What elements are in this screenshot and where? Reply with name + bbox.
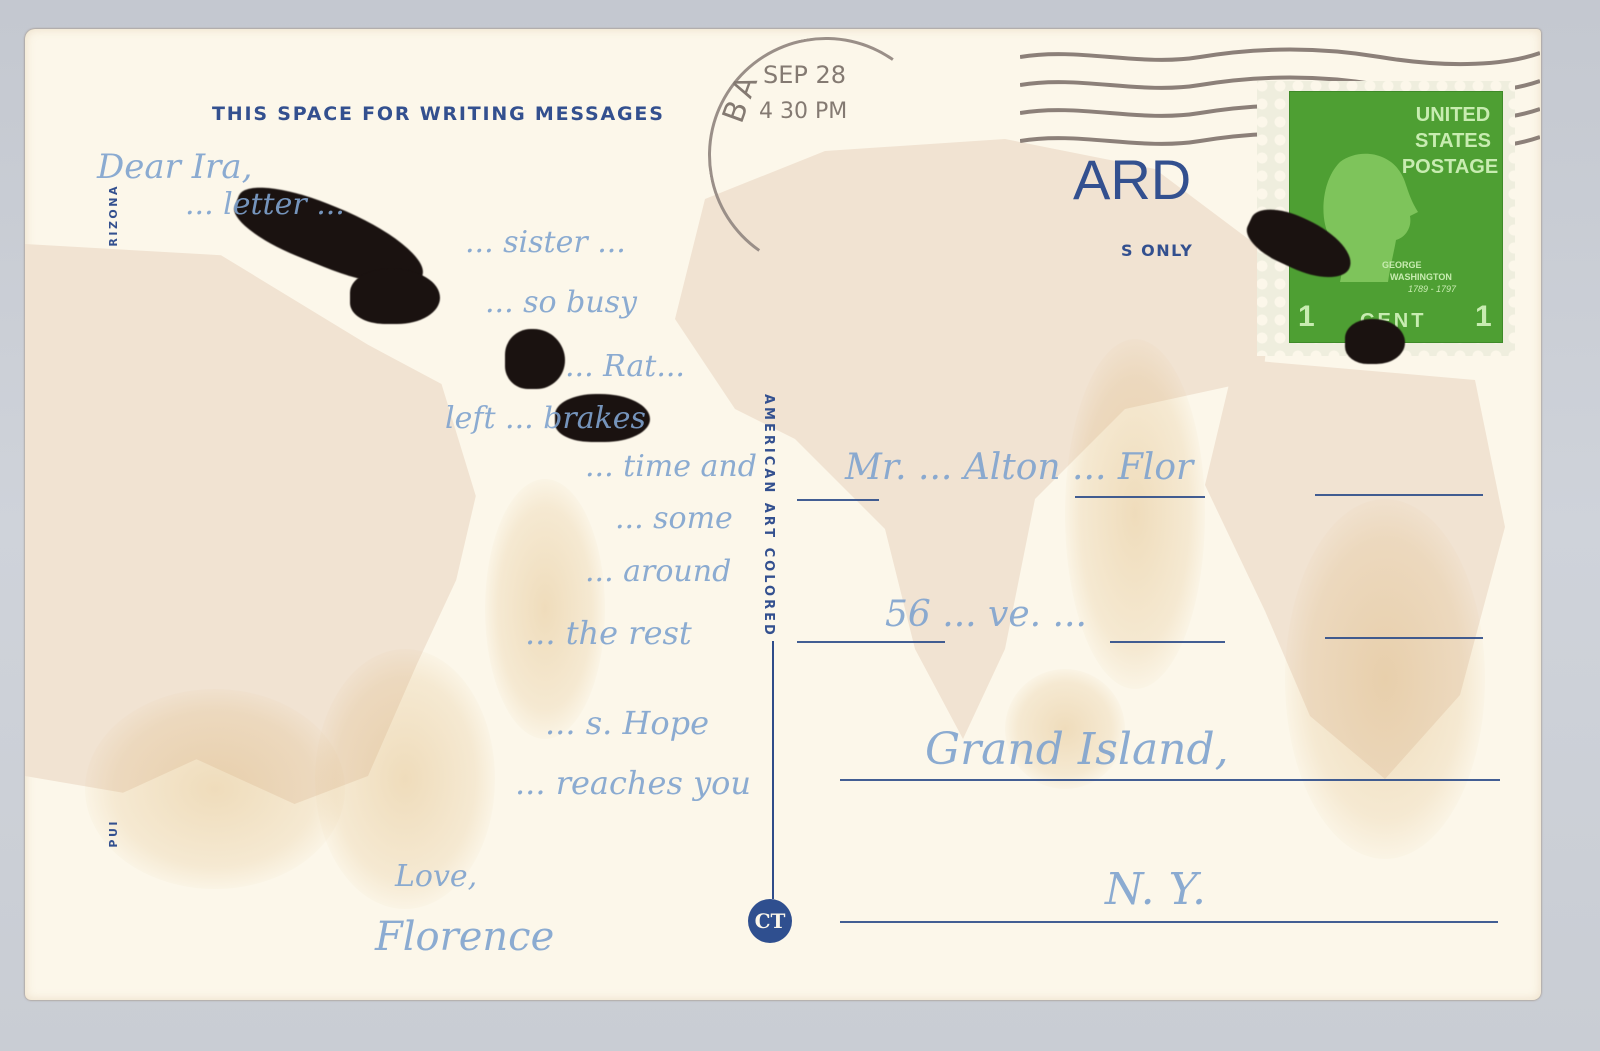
publisher-caption: AMERICAN ART COLORED: [761, 394, 776, 638]
address-line-rule: [840, 921, 1498, 923]
publisher-logo-icon: CT: [748, 899, 792, 943]
message-line: ... around: [585, 554, 731, 589]
stamp-name-line2: WASHINGTON: [1390, 272, 1452, 282]
postmark-time: 4 30 PM: [759, 99, 847, 124]
message-line: ... time and: [585, 449, 757, 484]
address-line-rule: [797, 499, 879, 501]
message-area-heading: THIS SPACE FOR WRITING MESSAGES: [212, 103, 665, 125]
message-line: ... s. Hope: [545, 704, 709, 742]
stamp-denomination-left: 1: [1298, 300, 1315, 334]
message-line: ... so busy: [485, 285, 637, 320]
ink-blot: [1345, 319, 1405, 364]
message-line: Love,: [395, 859, 477, 894]
message-line: ... reaches you: [515, 764, 751, 802]
stamp-country-line2: STATES: [1408, 130, 1498, 153]
postmark-date: SEP 28: [763, 61, 846, 89]
postcard: THIS SPACE FOR WRITING MESSAGES RIZONA P…: [25, 29, 1541, 1000]
stain: [485, 479, 605, 739]
post-card-subtext: S ONLY: [1121, 241, 1193, 260]
publisher-logo-text: CT: [755, 909, 786, 933]
side-caption-top: RIZONA: [107, 184, 120, 247]
stamp-face: UNITED STATES POSTAGE GEORGE WASHINGTON …: [1289, 91, 1503, 343]
address-line-rule: [1075, 496, 1205, 498]
message-signature: Florence: [375, 914, 554, 960]
stamp-denomination-right: 1: [1475, 300, 1492, 334]
message-line: left ... brakes: [445, 401, 646, 436]
stamp-name-line1: GEORGE: [1382, 260, 1422, 270]
stamp-years: 1789 - 1797: [1408, 284, 1456, 294]
message-line: ... Rat...: [565, 349, 685, 384]
stain: [1285, 499, 1485, 859]
stain: [1065, 339, 1205, 689]
address-line: 56 ... ve. ...: [885, 594, 1087, 635]
message-line: Dear Ira,: [97, 147, 252, 187]
stain: [85, 689, 345, 889]
message-line: ... some: [615, 501, 733, 536]
stamp-country-line1: UNITED: [1408, 104, 1498, 127]
address-line-rule: [797, 641, 945, 643]
message-line: ... sister ...: [465, 225, 626, 260]
message-line: ... the rest: [525, 614, 692, 652]
ink-blot: [505, 329, 565, 389]
address-line-rule: [1315, 494, 1483, 496]
center-divider: [772, 641, 774, 899]
address-line: Grand Island,: [925, 724, 1229, 775]
address-line: N. Y.: [1105, 864, 1206, 915]
address-line: Mr. ... Alton ... Flor: [845, 447, 1193, 488]
address-line-rule: [840, 779, 1500, 781]
side-caption-bottom: PUI: [107, 819, 120, 848]
ink-blot: [350, 269, 440, 324]
address-line-rule: [1110, 641, 1225, 643]
message-line: ... letter ...: [185, 187, 345, 222]
address-line-rule: [1325, 637, 1483, 639]
